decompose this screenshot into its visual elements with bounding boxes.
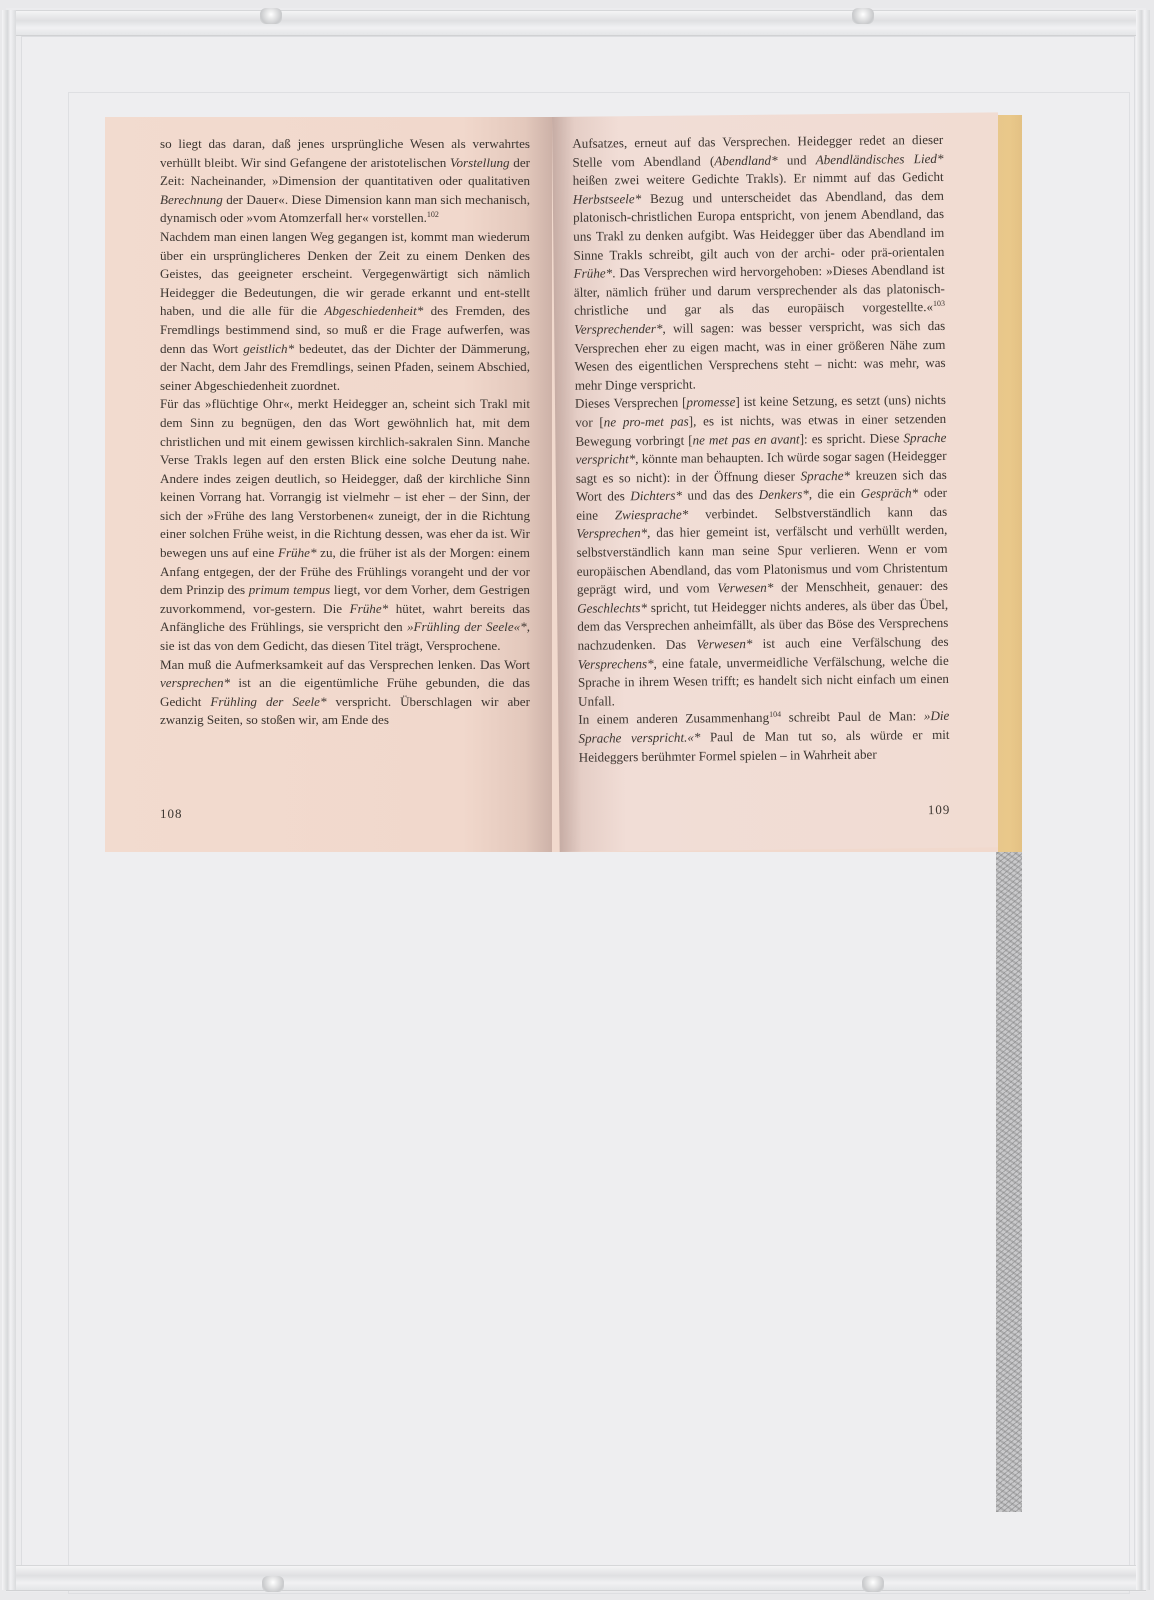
left-page-text: so liegt das daran, daß jenes ursprüngli… [160, 135, 530, 730]
frame-standoff-knob [262, 1576, 284, 1592]
italic-term: ne met pas en avant [692, 431, 799, 447]
paragraph: Nachdem man einen langen Weg gegangen is… [160, 228, 530, 395]
frame-standoff-knob [260, 8, 282, 24]
italic-term: ne pro-met pas [604, 413, 689, 429]
italic-term: geistlich* [243, 341, 294, 356]
paragraph: Dieses Versprechen [promesse] ist keine … [575, 391, 949, 711]
italic-term: versprechen* [160, 675, 230, 690]
italic-term: Frühe* [278, 545, 317, 560]
frame-bottom-edge [6, 1565, 1146, 1591]
right-page-text: Aufsatzes, erneut auf das Versprechen. H… [572, 131, 950, 767]
italic-term: Zwiesprache* [615, 506, 689, 522]
italic-term: promesse [686, 394, 735, 410]
footnote-ref: 103 [933, 299, 945, 308]
italic-term: Abendland* [714, 152, 777, 168]
italic-term: Versprechen* [576, 525, 647, 541]
paragraph: Aufsatzes, erneut auf das Versprechen. H… [572, 131, 946, 395]
italic-term: Sprache* [800, 468, 850, 484]
italic-term: Abendländisches Lied* [816, 150, 944, 166]
italic-term: »Die Sprache verspricht.«* [578, 708, 949, 745]
paragraph: Für das »flüchtige Ohr«, merkt Heidegger… [160, 395, 530, 655]
right-page-number: 109 [928, 801, 951, 820]
left-page-number: 108 [160, 805, 183, 824]
italic-term: Dichters* [630, 488, 682, 504]
frame-standoff-knob [862, 1576, 884, 1592]
italic-term: Frühling der Seele* [210, 694, 326, 709]
italic-term: Herbstseele* [573, 191, 642, 207]
paragraph: In einem anderen Zusammenhang104 schreib… [578, 707, 950, 767]
italic-term: Vorstellung [450, 155, 510, 170]
book-spread: so liegt das daran, daß jenes ursprüngli… [105, 117, 998, 852]
paragraph: so liegt das daran, daß jenes ursprüngli… [160, 135, 530, 228]
italic-term: Verwesen* [717, 580, 773, 596]
italic-term: primum tempus [249, 582, 330, 597]
paragraph: Man muß die Aufmerksamkeit auf das Versp… [160, 656, 530, 730]
footnote-ref: 104 [769, 710, 781, 719]
italic-term: Denkers* [759, 487, 809, 503]
italic-term: »Frühling der Seele«* [407, 619, 527, 634]
graphite-drawing-strip [996, 852, 1022, 1512]
italic-term: Frühe* [574, 266, 613, 281]
gilded-page-edge [998, 115, 1022, 852]
italic-term: Berechnung [160, 192, 223, 207]
italic-term: Gespräch* [861, 485, 919, 501]
italic-term: Versprechender* [574, 321, 662, 337]
right-page: Aufsatzes, erneut auf das Versprechen. H… [552, 112, 1006, 852]
frame-top-edge [6, 10, 1146, 36]
italic-term: Versprechens* [578, 656, 654, 672]
italic-term: Verwesen* [696, 636, 752, 652]
left-page: so liegt das daran, daß jenes ursprüngli… [105, 117, 552, 852]
frame-standoff-knob [852, 8, 874, 24]
frame-right-edge [1136, 10, 1150, 1590]
italic-term: Abgeschiedenheit* [324, 303, 423, 318]
italic-term: Frühe* [350, 601, 389, 616]
italic-term: Geschlechts* [577, 600, 647, 616]
frame-left-edge [2, 10, 16, 1590]
footnote-ref: 102 [427, 210, 439, 219]
